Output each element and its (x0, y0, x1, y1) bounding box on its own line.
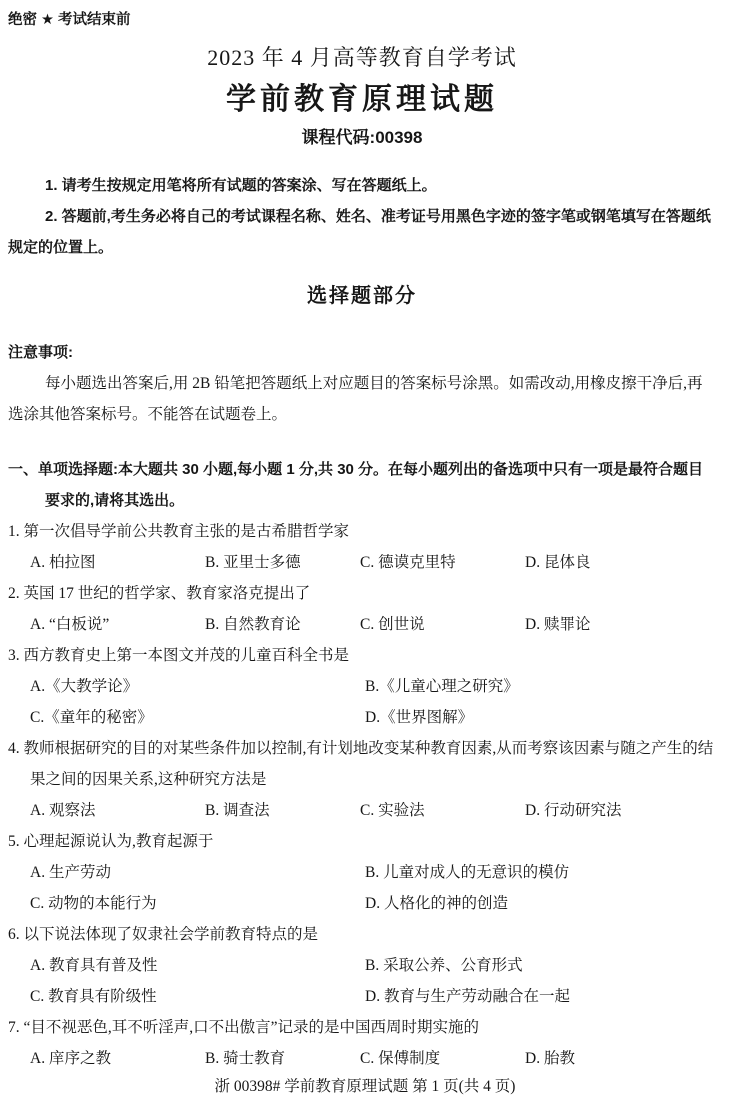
question-6-stem: 6. 以下说法体现了奴隶社会学前教育特点的是 (8, 919, 716, 950)
question-3-stem: 3. 西方教育史上第一本图文并茂的儿童百科全书是 (8, 640, 716, 671)
question-3-option-b: B.《儿童心理之研究》 (365, 671, 519, 702)
question-6-option-d: D. 教育与生产劳动融合在一起 (365, 981, 570, 1012)
question-4-option-b: B. 调查法 (205, 795, 360, 826)
question-6-option-a: A. 教育具有普及性 (30, 950, 365, 981)
question-5-option-d: D. 人格化的神的创造 (365, 888, 508, 919)
security-classification: 绝密 ★ 考试结束前 (8, 10, 716, 30)
question-4-option-a: A. 观察法 (30, 795, 205, 826)
question-3-option-c: C.《童年的秘密》 (30, 702, 365, 733)
question-5-stem: 5. 心理起源说认为,教育起源于 (8, 826, 716, 857)
question-7: 7. “目不视恶色,耳不听淫声,口不出傲言”记录的是中国西周时期实施的 A. 庠… (8, 1012, 716, 1074)
question-6-options-row-1: A. 教育具有普及性 B. 采取公养、公育形式 (8, 950, 716, 981)
question-2-options: A. “白板说” B. 自然教育论 C. 创世说 D. 赎罪论 (8, 609, 716, 640)
question-2-option-a: A. “白板说” (30, 609, 205, 640)
question-6-option-b: B. 采取公养、公育形式 (365, 950, 523, 981)
notice-body: 每小题选出答案后,用 2B 铅笔把答题纸上对应题目的答案标号涂黑。如需改动,用橡… (8, 368, 716, 430)
question-7-stem: 7. “目不视恶色,耳不听淫声,口不出傲言”记录的是中国西周时期实施的 (8, 1012, 716, 1043)
question-3-options-row-1: A.《大教学论》 B.《儿童心理之研究》 (8, 671, 716, 702)
question-7-option-d: D. 胎教 (525, 1043, 575, 1074)
question-5-options-row-1: A. 生产劳动 B. 儿童对成人的无意识的模仿 (8, 857, 716, 888)
question-1-option-b: B. 亚里士多德 (205, 547, 360, 578)
exam-paper-page: 绝密 ★ 考试结束前 2023 年 4 月高等教育自学考试 学前教育原理试题 课… (0, 0, 730, 1107)
question-5: 5. 心理起源说认为,教育起源于 A. 生产劳动 B. 儿童对成人的无意识的模仿… (8, 826, 716, 919)
question-3: 3. 西方教育史上第一本图文并茂的儿童百科全书是 A.《大教学论》 B.《儿童心… (8, 640, 716, 733)
question-3-options-row-2: C.《童年的秘密》 D.《世界图解》 (8, 702, 716, 733)
instruction-2: 2. 答题前,考生务必将自己的考试课程名称、姓名、准考证号用黑色字迹的签字笔或钢… (8, 201, 716, 263)
paper-title: 学前教育原理试题 (8, 80, 716, 120)
question-1-option-a: A. 柏拉图 (30, 547, 205, 578)
question-2-option-d: D. 赎罪论 (525, 609, 590, 640)
question-1-stem: 1. 第一次倡导学前公共教育主张的是古希腊哲学家 (8, 516, 716, 547)
question-1-option-c: C. 德谟克里特 (360, 547, 525, 578)
question-4-option-c: C. 实验法 (360, 795, 525, 826)
question-2-option-b: B. 自然教育论 (205, 609, 360, 640)
question-7-option-a: A. 庠序之教 (30, 1043, 205, 1074)
question-6: 6. 以下说法体现了奴隶社会学前教育特点的是 A. 教育具有普及性 B. 采取公… (8, 919, 716, 1012)
question-1-options: A. 柏拉图 B. 亚里士多德 C. 德谟克里特 D. 昆体良 (8, 547, 716, 578)
question-5-option-a: A. 生产劳动 (30, 857, 365, 888)
question-5-option-b: B. 儿童对成人的无意识的模仿 (365, 857, 569, 888)
question-2-stem: 2. 英国 17 世纪的哲学家、教育家洛克提出了 (8, 578, 716, 609)
question-6-options-row-2: C. 教育具有阶级性 D. 教育与生产劳动融合在一起 (8, 981, 716, 1012)
question-1: 1. 第一次倡导学前公共教育主张的是古希腊哲学家 A. 柏拉图 B. 亚里士多德… (8, 516, 716, 578)
question-7-options: A. 庠序之教 B. 骑士教育 C. 保傅制度 D. 胎教 (8, 1043, 716, 1074)
question-7-option-b: B. 骑士教育 (205, 1043, 360, 1074)
question-5-option-c: C. 动物的本能行为 (30, 888, 365, 919)
exam-session-title: 2023 年 4 月高等教育自学考试 (8, 43, 716, 73)
question-1-option-d: D. 昆体良 (525, 547, 590, 578)
question-2: 2. 英国 17 世纪的哲学家、教育家洛克提出了 A. “白板说” B. 自然教… (8, 578, 716, 640)
question-4-options: A. 观察法 B. 调查法 C. 实验法 D. 行动研究法 (8, 795, 716, 826)
notice-title: 注意事项: (8, 337, 716, 368)
question-list: 1. 第一次倡导学前公共教育主张的是古希腊哲学家 A. 柏拉图 B. 亚里士多德… (8, 516, 716, 1074)
question-3-option-d: D.《世界图解》 (365, 702, 473, 733)
page-footer: 浙 00398# 学前教育原理试题 第 1 页(共 4 页) (0, 1075, 730, 1099)
question-4-stem: 4. 教师根据研究的目的对某些条件加以控制,有计划地改变某种教育因素,从而考察该… (8, 733, 716, 795)
question-4: 4. 教师根据研究的目的对某些条件加以控制,有计划地改变某种教育因素,从而考察该… (8, 733, 716, 826)
question-2-option-c: C. 创世说 (360, 609, 525, 640)
question-4-option-d: D. 行动研究法 (525, 795, 621, 826)
instruction-1: 1. 请考生按规定用笔将所有试题的答案涂、写在答题纸上。 (8, 170, 716, 201)
question-6-option-c: C. 教育具有阶级性 (30, 981, 365, 1012)
part-one-heading: 一、单项选择题:本大题共 30 小题,每小题 1 分,共 30 分。在每小题列出… (8, 454, 716, 516)
section-title: 选择题部分 (8, 281, 716, 311)
question-7-option-c: C. 保傅制度 (360, 1043, 525, 1074)
question-3-option-a: A.《大教学论》 (30, 671, 365, 702)
course-code: 课程代码:00398 (8, 126, 716, 150)
question-5-options-row-2: C. 动物的本能行为 D. 人格化的神的创造 (8, 888, 716, 919)
